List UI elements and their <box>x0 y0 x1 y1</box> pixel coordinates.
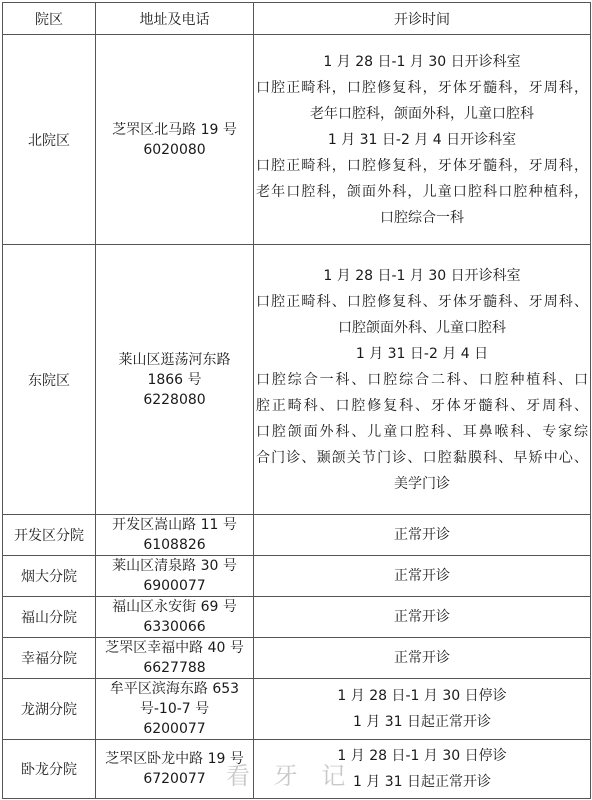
campus-name: 开发区分院 <box>3 515 96 556</box>
address-cell: 芝罘区北马路 19 号 6020080 <box>96 35 254 245</box>
table-row: 东院区 莱山区逛荡河东路 1866 号 6228080 1 月 28 日-1 月… <box>3 245 591 515</box>
watermark: 看 牙 记 <box>226 756 353 791</box>
table-row: 龙湖分院 牟平区滨海东路 653 号-10-7 号 6200077 1 月 28… <box>3 679 591 740</box>
hours-cell: 正常开诊 <box>254 515 591 556</box>
hours-line: 1 月 31 日-2 月 4 日开诊科室 <box>256 127 588 153</box>
address-line: 莱山区清泉路 30 号 <box>96 556 253 576</box>
hours-cell: 1 月 28 日-1 月 30 日开诊科室 口腔正畸科，口腔修复科，牙体牙髓科，… <box>254 35 591 245</box>
hours-line: 美学门诊 <box>256 471 588 497</box>
phone-number: 6020080 <box>96 140 253 160</box>
address-line: 福山区永安街 69 号 <box>96 597 253 617</box>
address-cell: 福山区永安街 69 号 6330066 <box>96 597 254 638</box>
address-cell: 莱山区清泉路 30 号 6900077 <box>96 556 254 597</box>
address-cell: 莱山区逛荡河东路 1866 号 6228080 <box>96 245 254 515</box>
hours-line: 1 月 28 日-1 月 30 日开诊科室 <box>256 263 588 289</box>
table-row: 开发区分院 开发区嵩山路 11 号 6108826 正常开诊 <box>3 515 591 556</box>
address-line: 牟平区滨海东路 653 <box>96 679 253 699</box>
hours-cell: 1 月 28 日-1 月 30 日开诊科室 口腔正畸科、口腔修复科、牙体牙髓科、… <box>254 245 591 515</box>
campus-name: 福山分院 <box>3 597 96 638</box>
hours-line: 1 月 31 日起正常开诊 <box>256 709 588 735</box>
hours-cell: 正常开诊 <box>254 556 591 597</box>
hours-line: 口腔颌面外科、儿童口腔科、耳鼻喉科、专家综 <box>256 419 588 445</box>
address-line: 号-10-7 号 <box>96 699 253 719</box>
hours-line: 正常开诊 <box>256 522 588 548</box>
header-opening-hours: 开诊时间 <box>254 3 591 35</box>
hours-line: 腔正畸科、口腔修复科、牙体牙髓科、牙周科、 <box>256 393 588 419</box>
phone-number: 6200077 <box>96 719 253 739</box>
phone-number: 6108826 <box>96 535 253 555</box>
address-cell: 牟平区滨海东路 653 号-10-7 号 6200077 <box>96 679 254 740</box>
hours-line: 口腔正畸科，口腔修复科，牙体牙髓科，牙周科， <box>256 75 588 101</box>
table-row: 福山分院 福山区永安街 69 号 6330066 正常开诊 <box>3 597 591 638</box>
address-line: 1866 号 <box>96 370 253 390</box>
table-row: 烟大分院 莱山区清泉路 30 号 6900077 正常开诊 <box>3 556 591 597</box>
campus-name: 龙湖分院 <box>3 679 96 740</box>
address-line: 芝罘区幸福中路 40 号 <box>96 638 253 658</box>
hours-line: 正常开诊 <box>256 645 588 671</box>
hours-line: 1 月 28 日-1 月 30 日停诊 <box>256 683 588 709</box>
address-line: 开发区嵩山路 11 号 <box>96 515 253 535</box>
campus-name: 幸福分院 <box>3 638 96 679</box>
hours-line: 口腔颌面外科、儿童口腔科 <box>256 315 588 341</box>
hours-line: 口腔综合一科 <box>256 205 588 231</box>
hours-line: 合门诊、颞颌关节门诊、口腔黏膜科、早矫中心、 <box>256 445 588 471</box>
phone-number: 6330066 <box>96 617 253 637</box>
campus-name: 东院区 <box>3 245 96 515</box>
hours-line: 老年口腔科，颌面外科，儿童口腔科 <box>256 101 588 127</box>
hours-line: 正常开诊 <box>256 604 588 630</box>
header-row: 院区 地址及电话 开诊时间 <box>3 3 591 35</box>
hours-line: 正常开诊 <box>256 563 588 589</box>
address-line: 芝罘区北马路 19 号 <box>96 120 253 140</box>
header-campus: 院区 <box>3 3 96 35</box>
hours-line: 口腔正畸科，口腔修复科，牙体牙髓科，牙周科， <box>256 153 588 179</box>
address-line: 莱山区逛荡河东路 <box>96 350 253 370</box>
table-row: 北院区 芝罘区北马路 19 号 6020080 1 月 28 日-1 月 30 … <box>3 35 591 245</box>
table-row: 幸福分院 芝罘区幸福中路 40 号 6627788 正常开诊 <box>3 638 591 679</box>
clinic-schedule-table: 院区 地址及电话 开诊时间 北院区 芝罘区北马路 19 号 6020080 1 … <box>2 2 591 799</box>
phone-number: 6900077 <box>96 576 253 596</box>
hours-line: 口腔综合一科、口腔综合二科、口腔种植科、口 <box>256 367 588 393</box>
hours-line: 1 月 31 日-2 月 4 日 <box>256 341 588 367</box>
campus-name: 卧龙分院 <box>3 740 96 799</box>
hours-line: 1 月 28 日-1 月 30 日开诊科室 <box>256 49 588 75</box>
campus-name: 烟大分院 <box>3 556 96 597</box>
hours-line: 老年口腔科，颌面外科，儿童口腔科口腔种植科， <box>256 179 588 205</box>
address-cell: 芝罘区幸福中路 40 号 6627788 <box>96 638 254 679</box>
header-address-phone: 地址及电话 <box>96 3 254 35</box>
hours-line: 口腔正畸科、口腔修复科、牙体牙髓科、牙周科、 <box>256 289 588 315</box>
phone-number: 6627788 <box>96 658 253 678</box>
phone-number: 6228080 <box>96 390 253 410</box>
campus-name: 北院区 <box>3 35 96 245</box>
address-cell: 开发区嵩山路 11 号 6108826 <box>96 515 254 556</box>
hours-cell: 1 月 28 日-1 月 30 日停诊 1 月 31 日起正常开诊 <box>254 679 591 740</box>
hours-cell: 正常开诊 <box>254 638 591 679</box>
hours-cell: 正常开诊 <box>254 597 591 638</box>
